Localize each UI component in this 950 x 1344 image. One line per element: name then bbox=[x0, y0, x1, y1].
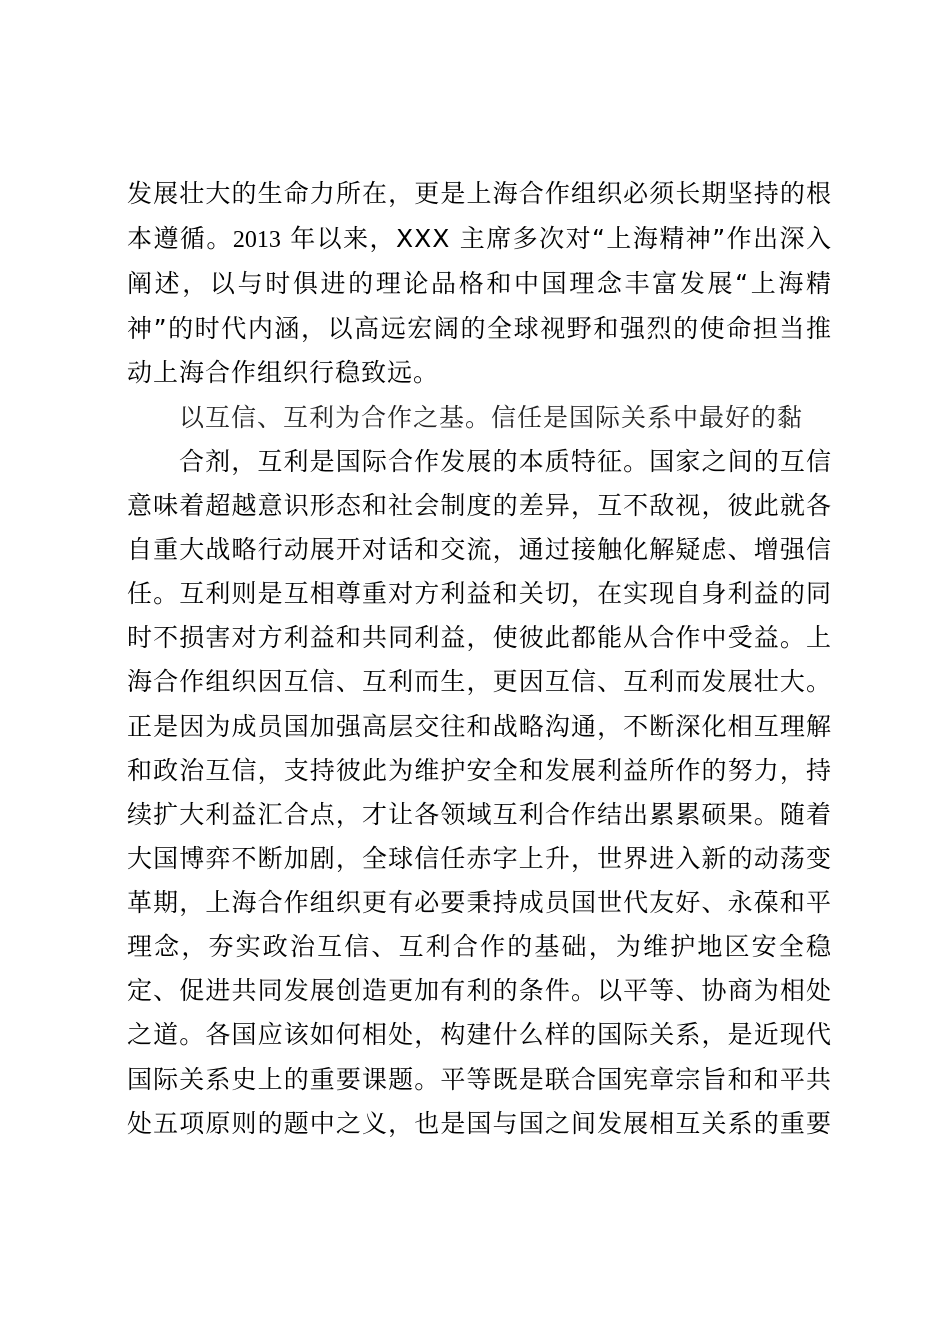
paragraph-heading-line: 以互信、互利为合作之基。信任是国际关系中最好的黏 bbox=[179, 403, 832, 433]
text-line: 正是因为成员国加强高层交往和战略沟通，不断深化相互理解 bbox=[127, 712, 832, 742]
text-line: 本遵循。2013 年以来，XXX 主席多次对“上海精神”作出深入 bbox=[127, 224, 832, 254]
text-segment: 本遵循。 bbox=[127, 224, 233, 253]
text-segment: 年以来，XXX 主席多次对“上海精神”作出深入 bbox=[281, 224, 832, 253]
text-line: 理念，夯实政治互信、互利合作的基础，为维护地区安全稳 bbox=[127, 932, 832, 962]
text-line: 定、促进共同发展创造更加有利的条件。以平等、协商为相处 bbox=[127, 976, 832, 1006]
year-number: 2013 bbox=[233, 227, 281, 253]
text-line: 意味着超越意识形态和社会制度的差异，互不敌视，彼此就各 bbox=[127, 491, 832, 521]
text-line: 大国博弈不断加剧，全球信任赤字上升，世界进入新的动荡变 bbox=[127, 844, 832, 874]
document-page: 发展壮大的生命力所在，更是上海合作组织必须长期坚持的根 本遵循。2013 年以来… bbox=[0, 0, 950, 1344]
text-line: 自重大战略行动展开对话和交流，通过接触化解疑虑、增强信 bbox=[127, 535, 832, 565]
text-line: 合剂，互利是国际合作发展的本质特征。国家之间的互信 bbox=[179, 447, 832, 477]
text-line: 时不损害对方利益和共同利益，使彼此都能从合作中受益。上 bbox=[127, 623, 832, 653]
text-line: 任。互利则是互相尊重对方利益和关切，在实现自身利益的同 bbox=[127, 579, 832, 609]
text-line: 海合作组织因互信、互利而生，更因互信、互利而发展壮大。 bbox=[127, 667, 832, 697]
text-line: 动上海合作组织行稳致远。 bbox=[127, 358, 832, 388]
text-line: 革期，上海合作组织更有必要秉持成员国世代友好、永葆和平 bbox=[127, 888, 832, 918]
text-line: 发展壮大的生命力所在，更是上海合作组织必须长期坚持的根 bbox=[127, 179, 832, 209]
text-line: 续扩大利益汇合点，才让各领域互利合作结出累累硕果。随着 bbox=[127, 800, 832, 830]
text-line: 之道。各国应该如何相处，构建什么样的国际关系，是近现代 bbox=[127, 1020, 832, 1050]
text-line: 国际关系史上的重要课题。平等既是联合国宪章宗旨和和平共 bbox=[127, 1065, 832, 1095]
text-line: 处五项原则的题中之义，也是国与国之间发展相互关系的重要 bbox=[127, 1109, 832, 1139]
text-line: 阐述，以与时俱进的理论品格和中国理念丰富发展“上海精 bbox=[127, 269, 832, 299]
text-line: 神”的时代内涵，以高远宏阔的全球视野和强烈的使命担当推 bbox=[127, 314, 832, 344]
text-line: 和政治互信，支持彼此为维护安全和发展利益所作的努力，持 bbox=[127, 756, 832, 786]
